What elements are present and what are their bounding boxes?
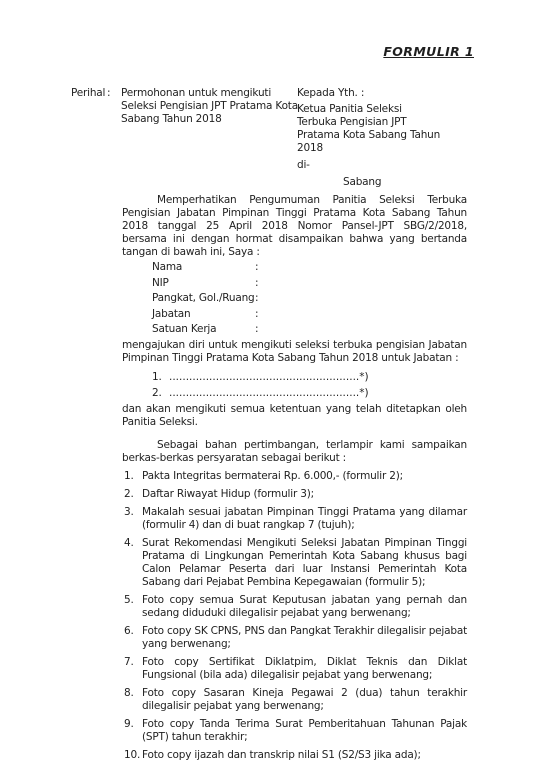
field-colon: : (255, 277, 267, 290)
requirement-item: 4. Surat Rekomendasi Mengikuti Seleksi J… (122, 537, 467, 589)
requirement-number: 5. (124, 594, 134, 607)
perihal-label: Perihal (71, 87, 107, 126)
requirement-item: 7. Foto copy Sertifikat Diklatpim, Dikla… (122, 656, 467, 682)
field-label: Nama (152, 261, 255, 274)
addressee-salutation: Kepada Yth. : (297, 87, 487, 100)
addressee-line: Terbuka Pengisian JPT (297, 116, 487, 129)
field-colon: : (255, 292, 267, 305)
requirement-item: 2. Daftar Riwayat Hidup (formulir 3); (122, 488, 467, 501)
requirement-text: Foto copy Sertifikat Diklatpim, Diklat T… (142, 656, 467, 681)
field-colon: : (255, 261, 267, 274)
requirement-item: 6. Foto copy SK CPNS, PNS dan Pangkat Te… (122, 625, 467, 651)
jabatan-option-number: 1. (152, 371, 169, 384)
requirement-item: 8. Foto copy Sasaran Kineja Pegawai 2 (d… (122, 687, 467, 713)
requirement-text: Foto copy Sasaran Kineja Pegawai 2 (dua)… (142, 687, 467, 712)
field-satuan-kerja: Satuan Kerja : (152, 323, 467, 336)
requirement-item: 10. Foto copy ijazah dan transkrip nilai… (122, 749, 467, 762)
commitment-paragraph: dan akan mengikuti semua ketentuan yang … (122, 403, 467, 429)
addressee-line: Pratama Kota Sabang Tahun (297, 129, 487, 142)
requirement-number: 3. (124, 506, 134, 519)
requirement-number: 1. (124, 470, 134, 483)
field-label: Jabatan (152, 308, 255, 321)
perihal-line: Seleksi Pengisian JPT Pratama Kota (121, 100, 298, 113)
field-pangkat: Pangkat, Gol./Ruang : (152, 292, 467, 305)
opening-paragraph: Memperhatikan Pengumuman Panitia Seleksi… (122, 194, 467, 259)
identity-fields: Nama : NIP : Pangkat, Gol./Ruang : Jabat… (122, 261, 467, 336)
requirement-number: 10. (124, 749, 140, 762)
requirement-text: Daftar Riwayat Hidup (formulir 3); (142, 488, 314, 500)
field-jabatan: Jabatan : (152, 308, 467, 321)
jabatan-option: 1. .....................................… (152, 371, 467, 384)
addressee-line: Ketua Panitia Seleksi (297, 103, 487, 116)
addressee-block: Kepada Yth. : Ketua Panitia Seleksi Terb… (297, 87, 487, 189)
jabatan-option: 2. .....................................… (152, 387, 467, 400)
requirement-number: 4. (124, 537, 134, 550)
field-colon: : (255, 323, 267, 336)
field-colon: : (255, 308, 267, 321)
requirement-item: 3. Makalah sesuai jabatan Pimpinan Tingg… (122, 506, 467, 532)
form-title: FORMULIR 1 (383, 44, 474, 59)
requirement-text: Foto copy SK CPNS, PNS dan Pangkat Terak… (142, 625, 467, 650)
requirement-number: 9. (124, 718, 134, 731)
document-page: FORMULIR 1 Perihal : Permohonan untuk me… (0, 0, 550, 777)
field-label: Pangkat, Gol./Ruang (152, 292, 255, 305)
jabatan-option-blank-line: ........................................… (169, 371, 369, 384)
letter-head: Perihal : Permohonan untuk mengikuti Sel… (71, 87, 480, 181)
requirement-text: Surat Rekomendasi Mengikuti Seleksi Jaba… (142, 537, 467, 588)
jabatan-option-blank-line: ........................................… (169, 387, 369, 400)
addressee-city: Sabang (297, 176, 487, 189)
jabatan-option-number: 2. (152, 387, 169, 400)
perihal-subject: Permohonan untuk mengikuti Seleksi Pengi… (121, 87, 298, 126)
requirement-text: Foto copy ijazah dan transkrip nilai S1 … (142, 749, 421, 761)
attachments-intro-paragraph: Sebagai bahan pertimbangan, terlampir ka… (122, 439, 467, 465)
field-nama: Nama : (152, 261, 467, 274)
requirements-list: 1. Pakta Integritas bermaterai Rp. 6.000… (122, 470, 467, 762)
requirement-item: 5. Foto copy semua Surat Keputusan jabat… (122, 594, 467, 620)
letter-body: Memperhatikan Pengumuman Panitia Seleksi… (122, 194, 467, 762)
requirement-text: Foto copy Tanda Terima Surat Pemberitahu… (142, 718, 467, 743)
addressee-line: 2018 (297, 142, 487, 155)
requirement-item: 1. Pakta Integritas bermaterai Rp. 6.000… (122, 470, 467, 483)
form-title-row: FORMULIR 1 (0, 45, 550, 60)
field-label: Satuan Kerja (152, 323, 255, 336)
field-label: NIP (152, 277, 255, 290)
requirement-number: 7. (124, 656, 134, 669)
requirement-item: 9. Foto copy Tanda Terima Surat Pemberit… (122, 718, 467, 744)
addressee-name: Ketua Panitia Seleksi Terbuka Pengisian … (297, 103, 487, 155)
requirement-text: Foto copy semua Surat Keputusan jabatan … (142, 594, 467, 619)
requirement-number: 6. (124, 625, 134, 638)
requirement-number: 2. (124, 488, 134, 501)
application-paragraph: mengajukan diri untuk mengikuti seleksi … (122, 339, 467, 365)
jabatan-option-list: 1. .....................................… (122, 371, 467, 400)
requirement-text: Pakta Integritas bermaterai Rp. 6.000,- … (142, 470, 403, 482)
field-nip: NIP : (152, 277, 467, 290)
addressee-di: di- (297, 159, 487, 172)
perihal-colon: : (107, 87, 121, 126)
requirement-text: Makalah sesuai jabatan Pimpinan Tinggi P… (142, 506, 467, 531)
perihal-line: Sabang Tahun 2018 (121, 113, 298, 126)
perihal-line: Permohonan untuk mengikuti (121, 87, 298, 100)
requirement-number: 8. (124, 687, 134, 700)
